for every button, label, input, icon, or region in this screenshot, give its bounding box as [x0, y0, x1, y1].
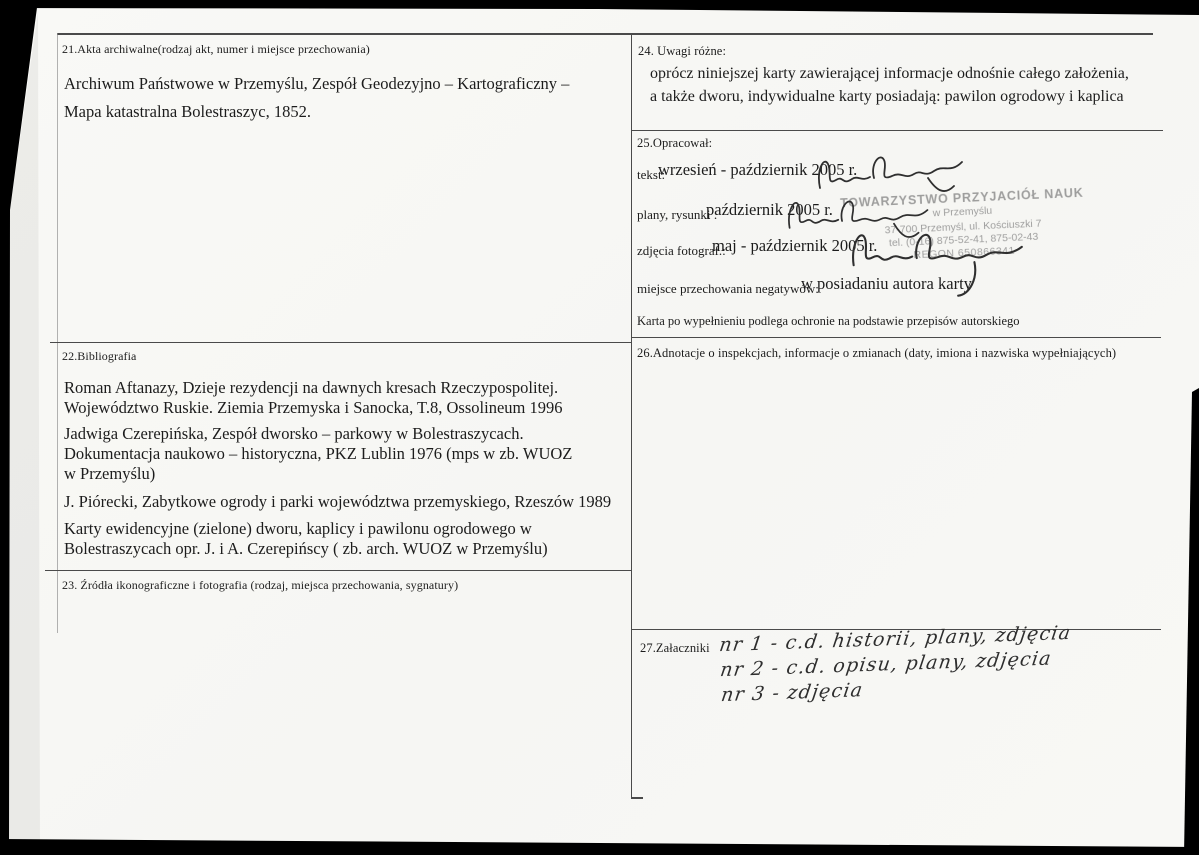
signature-icon [843, 216, 1033, 304]
row-line-24-25 [631, 130, 1163, 131]
section-24-text-line2: a także dworu, indywidualne karty posiad… [650, 88, 1124, 106]
section-25-header: 25.Opracował: [637, 136, 712, 151]
bibliography-entry-line: Województwo Ruskie. Ziemia Przemyska i S… [64, 398, 562, 418]
scan-edge-right [1184, 388, 1199, 855]
section-21-text-line1: Archiwum Państwowe w Przemyślu, Zespół G… [64, 74, 569, 94]
scan-edge-top [0, 0, 1199, 15]
scanned-record-card: 21.Akta archiwalne(rodzaj akt, numer i m… [0, 0, 1199, 855]
bibliography-entry-line: Dokumentacja naukowo – historyczna, PKZ … [64, 444, 572, 464]
section-27-header: 27.Załaczniki [640, 641, 710, 656]
bibliography-entry-line: Karty ewidencyjne (zielone) dworu, kapli… [64, 519, 532, 539]
bibliography-entry-line: w Przemyślu) [64, 464, 155, 484]
section-24-header: 24. Uwagi różne: [638, 44, 726, 59]
scan-shadow-left [9, 12, 40, 855]
divider-foot [631, 797, 643, 799]
column-divider [631, 33, 632, 798]
section-22-header: 22.Bibliografia [62, 349, 136, 364]
bibliography-entry-line: J. Piórecki, Zabytkowe ogrody i parki wo… [64, 492, 611, 512]
field-label-negatywy: miejsce przechowania negatywów: [637, 281, 819, 297]
row-line-21-22 [50, 342, 631, 343]
section-21-text-line2: Mapa katastralna Bolestraszyc, 1852. [64, 102, 311, 122]
section-23-header: 23. Źródła ikonograficzne i fotografia (… [62, 578, 458, 593]
section-21-header: 21.Akta archiwalne(rodzaj akt, numer i m… [62, 42, 370, 57]
copyright-note: Karta po wypełnieniu podlega ochronie na… [637, 314, 1020, 329]
section-26-header: 26.Adnotacje o inspekcjach, informacje o… [637, 346, 1116, 361]
section-24-text-line1: oprócz niniejszej karty zawierającej inf… [650, 65, 1129, 83]
scan-edge-left [0, 0, 38, 855]
row-line-25-26 [631, 337, 1161, 338]
row-line-22-23 [45, 570, 631, 571]
bibliography-entry-line: Roman Aftanazy, Dzieje rezydencji na daw… [64, 378, 558, 398]
bibliography-entry-line: Bolestraszycach opr. J. i A. Czerepińscy… [64, 539, 548, 559]
attachments-handwritten-list: nr 1 - c.d. historii, plany, zdjęcia nr … [719, 622, 1073, 709]
table-left-border [57, 33, 58, 633]
table-top-border [57, 33, 1153, 35]
scan-edge-bottom [0, 839, 1199, 855]
bibliography-entry-line: Jadwiga Czerepińska, Zespół dworsko – pa… [64, 424, 524, 444]
